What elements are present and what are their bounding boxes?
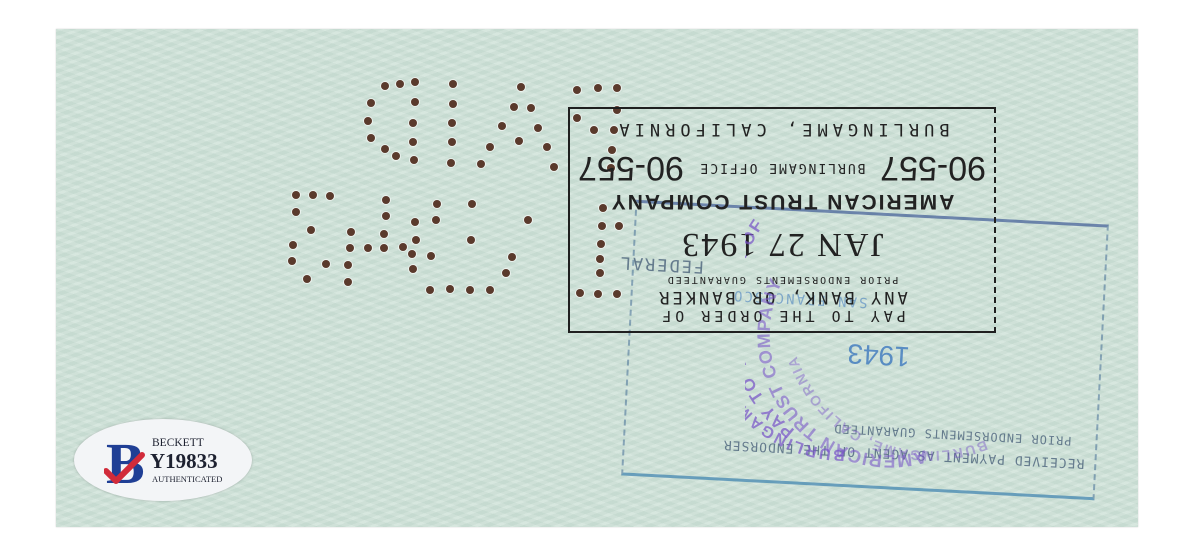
stamp-pay-to-order: PAY TO THE ORDER OF <box>570 307 994 325</box>
stamp-transit-code-right: 90-557 <box>578 148 684 187</box>
stamp-office: BURLINGAME OFFICE <box>698 160 865 175</box>
stamp-bank-name: AMERICAN TRUST COMPANY <box>570 189 994 213</box>
stamp-code-row: 90-557 BURLINGAME OFFICE 90-557 <box>578 148 986 187</box>
federal-stamp-date: 1943 <box>847 337 911 372</box>
beckett-authentication-sticker: B BECKETT Y19833 AUTHENTICATED <box>74 419 252 501</box>
stamp-transit-code-left: 90-557 <box>880 148 986 187</box>
sticker-status: AUTHENTICATED <box>152 474 222 484</box>
sticker-brand: BECKETT <box>152 437 204 449</box>
stamp-any-bank: ANY BANK, OR BANKER <box>570 287 994 307</box>
stamp-date: JAN 27 1943 <box>570 225 994 263</box>
bank-endorsement-stamp: PAY TO THE ORDER OF ANY BANK, OR BANKER … <box>568 107 996 333</box>
stamp-prior-endorsements: PRIOR ENDORSEMENTS GUARANTEED <box>570 274 994 285</box>
beckett-logo-icon: B <box>104 433 148 489</box>
sticker-serial: Y19833 <box>150 449 218 474</box>
stamp-location: BURLINGAME, CALIFORNIA <box>570 119 994 139</box>
